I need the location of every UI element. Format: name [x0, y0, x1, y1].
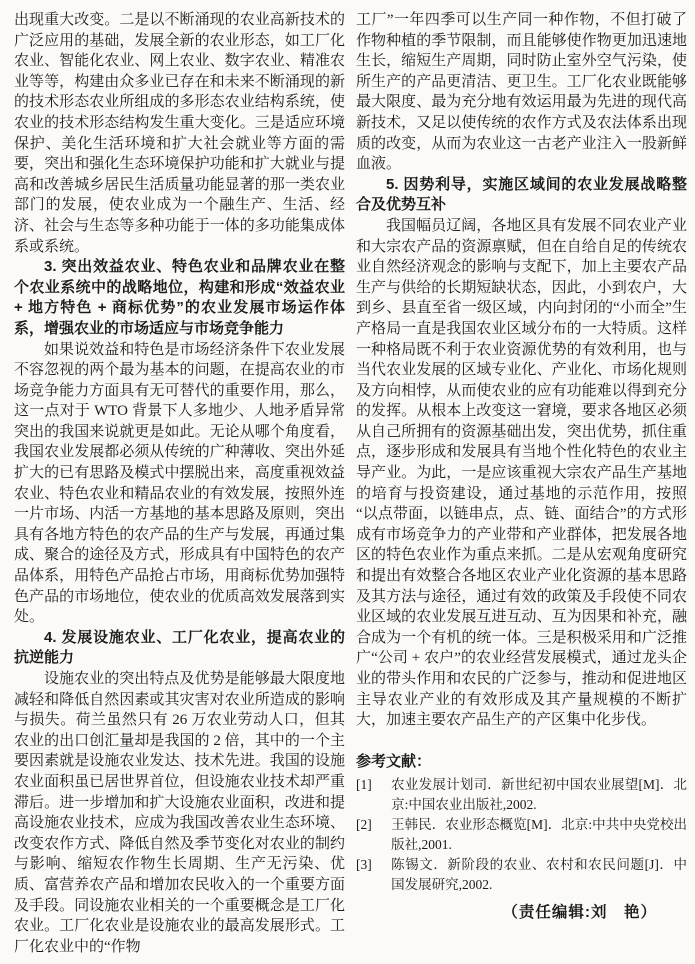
paragraph-regional-integration: 我国幅员辽阔，各地区具有发展不同农业产业和大宗农产品的资源禀赋，但在自给自足的传… — [356, 216, 687, 731]
section-heading-5: 5. 因势利导，实施区域间的农业发展战略整合及优势互补 — [356, 175, 687, 216]
paragraph-facility-agriculture: 设施农业的突出特点及优势是能够最大限度地减轻和降低自然因素或其灾害对农业所造成的… — [14, 669, 345, 957]
section-heading-4: 4. 发展设施农业、工厂化农业，提高农业的抗逆能力 — [14, 628, 345, 669]
reference-item: [1] 农业发展计划司．新世纪初中国农业展望[M]．北京:中国农业出版社,200… — [356, 775, 687, 815]
left-column: 出现重大改变。二是以不断涌现的农业高新技术的广泛应用的基础，发展全新的农业形态，… — [14, 10, 345, 964]
reference-label: [3] — [356, 855, 391, 895]
paragraph-continuation-factory-farming: 工厂”一年四季可以生产同一种作物，不但打破了作物种植的季节限制，而且能够使作物更… — [356, 10, 687, 175]
reference-text: 王韩民．农业形态概览[M]．北京:中共中央党校出版社,2001. — [391, 815, 687, 855]
paragraph-benefit-feature-agriculture: 如果说效益和特色是市场经济条件下农业发展不容忽视的两个最为基本的问题，在提高农业… — [14, 340, 345, 628]
section-heading-3: 3. 突出效益农业、特色农业和品牌农业在整个农业系统中的战略地位，构建和形成“效… — [14, 257, 345, 339]
journal-page-scan: 出现重大改变。二是以不断涌现的农业高新技术的广泛应用的基础，发展全新的农业形态，… — [0, 0, 695, 964]
paragraph-continuation-agri-forms: 出现重大改变。二是以不断涌现的农业高新技术的广泛应用的基础，发展全新的农业形态，… — [14, 10, 345, 257]
reference-text: 农业发展计划司．新世纪初中国农业展望[M]．北京:中国农业出版社,2002. — [391, 775, 687, 815]
reference-item: [3] 陈锡文．新阶段的农业、农村和农民问题[J]．中国发展研究,2002. — [356, 855, 687, 895]
right-column: 工厂”一年四季可以生产同一种作物，不但打破了作物种植的季节限制，而且能够使作物更… — [356, 10, 687, 964]
reference-label: [2] — [356, 815, 391, 855]
editor-note: （责任编辑:刘 艳） — [356, 903, 687, 924]
reference-label: [1] — [356, 775, 391, 815]
references-section: 参考文献： [1] 农业发展计划司．新世纪初中国农业展望[M]．北京:中国农业出… — [356, 751, 687, 924]
references-title: 参考文献： — [356, 751, 687, 773]
reference-text: 陈锡文．新阶段的农业、农村和农民问题[J]．中国发展研究,2002. — [391, 855, 687, 895]
reference-item: [2] 王韩民．农业形态概览[M]．北京:中共中央党校出版社,2001. — [356, 815, 687, 855]
